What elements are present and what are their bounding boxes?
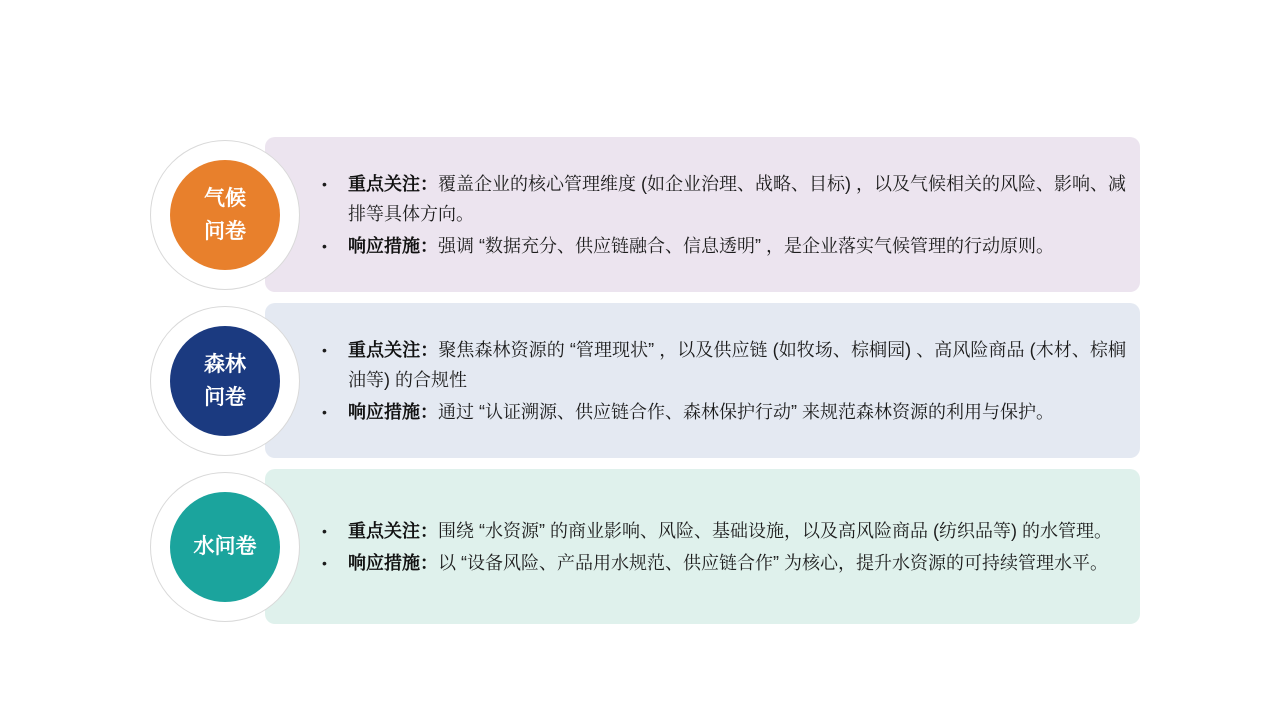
badge-label-line1: 森林 bbox=[204, 348, 246, 381]
bullet-response: • 响应措施：通过 “认证溯源、供应链合作、森林保护行动” 来规范森林资源的利用… bbox=[322, 397, 1126, 427]
bullet-icon: • bbox=[322, 516, 348, 546]
badge-climate: 气候 问卷 bbox=[150, 140, 300, 290]
panel-climate: • 重点关注：覆盖企业的核心管理维度 (如企业治理、战略、目标) ，以及气候相关… bbox=[265, 137, 1140, 292]
bullet-body: 重点关注：聚焦森林资源的 “管理现状” ，以及供应链 (如牧场、棕榈园) 、高风… bbox=[348, 335, 1126, 395]
questionnaire-rows: • 重点关注：覆盖企业的核心管理维度 (如企业治理、战略、目标) ，以及气候相关… bbox=[150, 137, 1140, 624]
bullet-text: 围绕 “水资源” 的商业影响、风险、基础设施，以及高风险商品 (纺织品等) 的水… bbox=[438, 521, 1112, 541]
bullet-response: • 响应措施：以 “设备风险、产品用水规范、供应链合作” 为核心，提升水资源的可… bbox=[322, 548, 1126, 578]
badge-water-circle: 水问卷 bbox=[170, 492, 280, 602]
bullet-icon: • bbox=[322, 335, 348, 395]
bullet-label: 响应措施： bbox=[348, 553, 438, 573]
slide-canvas: • 重点关注：覆盖企业的核心管理维度 (如企业治理、战略、目标) ，以及气候相关… bbox=[0, 0, 1280, 720]
bullet-icon: • bbox=[322, 231, 348, 261]
badge-climate-circle: 气候 问卷 bbox=[170, 160, 280, 270]
bullet-label: 重点关注： bbox=[348, 174, 438, 194]
panel-forest: • 重点关注：聚焦森林资源的 “管理现状” ，以及供应链 (如牧场、棕榈园) 、… bbox=[265, 303, 1140, 458]
badge-forest-circle: 森林 问卷 bbox=[170, 326, 280, 436]
badge-forest: 森林 问卷 bbox=[150, 306, 300, 456]
bullet-label: 重点关注： bbox=[348, 340, 438, 360]
bullet-icon: • bbox=[322, 548, 348, 578]
bullet-body: 响应措施：以 “设备风险、产品用水规范、供应链合作” 为核心，提升水资源的可持续… bbox=[348, 548, 1126, 578]
bullet-label: 响应措施： bbox=[348, 236, 438, 256]
badge-water: 水问卷 bbox=[150, 472, 300, 622]
row-forest: • 重点关注：聚焦森林资源的 “管理现状” ，以及供应链 (如牧场、棕榈园) 、… bbox=[150, 303, 1140, 458]
bullet-focus: • 重点关注：围绕 “水资源” 的商业影响、风险、基础设施，以及高风险商品 (纺… bbox=[322, 516, 1126, 546]
panel-water: • 重点关注：围绕 “水资源” 的商业影响、风险、基础设施，以及高风险商品 (纺… bbox=[265, 469, 1140, 624]
bullet-label: 重点关注： bbox=[348, 521, 438, 541]
bullet-body: 响应措施：通过 “认证溯源、供应链合作、森林保护行动” 来规范森林资源的利用与保… bbox=[348, 397, 1126, 427]
badge-label-line1: 气候 bbox=[204, 182, 246, 215]
bullet-body: 响应措施：强调 “数据充分、供应链融合、信息透明” ，是企业落实气候管理的行动原… bbox=[348, 231, 1126, 261]
bullet-body: 重点关注：覆盖企业的核心管理维度 (如企业治理、战略、目标) ，以及气候相关的风… bbox=[348, 169, 1126, 229]
badge-label-line2: 问卷 bbox=[204, 381, 246, 414]
bullet-icon: • bbox=[322, 397, 348, 427]
bullet-text: 聚焦森林资源的 “管理现状” ，以及供应链 (如牧场、棕榈园) 、高风险商品 (… bbox=[348, 340, 1126, 390]
bullet-body: 重点关注：围绕 “水资源” 的商业影响、风险、基础设施，以及高风险商品 (纺织品… bbox=[348, 516, 1126, 546]
bullet-text: 通过 “认证溯源、供应链合作、森林保护行动” 来规范森林资源的利用与保护。 bbox=[438, 402, 1054, 422]
bullet-icon: • bbox=[322, 169, 348, 229]
badge-label-line2: 问卷 bbox=[204, 215, 246, 248]
bullet-label: 响应措施： bbox=[348, 402, 438, 422]
bullet-text: 以 “设备风险、产品用水规范、供应链合作” 为核心，提升水资源的可持续管理水平。 bbox=[438, 553, 1108, 573]
row-water: • 重点关注：围绕 “水资源” 的商业影响、风险、基础设施，以及高风险商品 (纺… bbox=[150, 469, 1140, 624]
bullet-text: 覆盖企业的核心管理维度 (如企业治理、战略、目标) ，以及气候相关的风险、影响、… bbox=[348, 174, 1126, 224]
row-climate: • 重点关注：覆盖企业的核心管理维度 (如企业治理、战略、目标) ，以及气候相关… bbox=[150, 137, 1140, 292]
badge-label-line1: 水问卷 bbox=[194, 530, 257, 563]
bullet-text: 强调 “数据充分、供应链融合、信息透明” ，是企业落实气候管理的行动原则。 bbox=[438, 236, 1054, 256]
bullet-focus: • 重点关注：覆盖企业的核心管理维度 (如企业治理、战略、目标) ，以及气候相关… bbox=[322, 169, 1126, 229]
bullet-focus: • 重点关注：聚焦森林资源的 “管理现状” ，以及供应链 (如牧场、棕榈园) 、… bbox=[322, 335, 1126, 395]
bullet-response: • 响应措施：强调 “数据充分、供应链融合、信息透明” ，是企业落实气候管理的行… bbox=[322, 231, 1126, 261]
